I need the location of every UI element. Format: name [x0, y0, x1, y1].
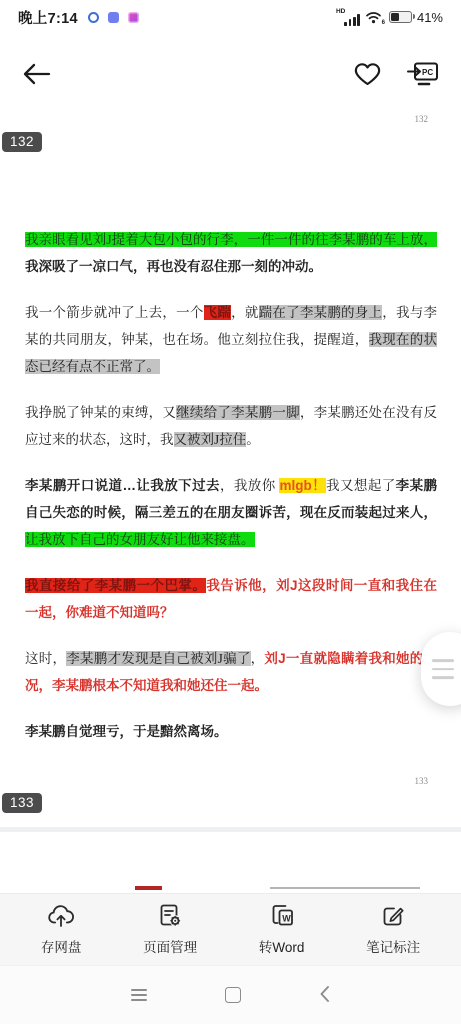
- tool-label: 转Word: [259, 936, 305, 956]
- cloud-upload-icon: [47, 903, 75, 932]
- page-settings-icon: [157, 903, 183, 932]
- text-fragment-line: [270, 887, 420, 889]
- page-manage-button[interactable]: 页面管理: [143, 903, 197, 956]
- status-bar: 晚上7:14 HD 6 41%: [0, 0, 461, 34]
- note-edit-icon: [380, 903, 406, 932]
- text-span: mlgb！: [279, 478, 326, 493]
- paragraph: 李某鹏开口说道…让我放下过去，我放你 mlgb！我又想起了李某鹏自己失恋的时候，…: [25, 472, 437, 553]
- paragraph: 这时，李某鹏才发现是自己被刘J骗了，刘J一直就隐瞒着我和她的情况，李某鹏根本不知…: [25, 645, 437, 699]
- notification-icons: [88, 12, 139, 23]
- note-annotate-button[interactable]: 笔记标注: [366, 903, 420, 956]
- text-span: 。: [246, 432, 260, 447]
- app-notification-icon: [108, 12, 119, 23]
- text-span: 我又想起了: [326, 478, 396, 493]
- home-button[interactable]: [225, 987, 241, 1003]
- paragraph: 我一个箭步就冲了上去，一个飞踹，就踹在了李某鹏的身上，我与李某的共同朋友，钟某，…: [25, 299, 437, 380]
- battery-percent: 41%: [417, 10, 443, 25]
- tool-label: 笔记标注: [366, 936, 420, 956]
- text-span: ，就: [231, 305, 258, 320]
- recents-button[interactable]: [131, 989, 147, 1002]
- page-badge-133[interactable]: 133: [2, 793, 42, 813]
- floating-tools-button[interactable]: [421, 632, 461, 706]
- text-span: 李某鹏才发现是自己被刘J骗了: [66, 651, 250, 666]
- app-nav-bar: PC: [0, 44, 461, 106]
- text-span: 继续给了李某鹏一脚: [176, 405, 300, 420]
- tool-label: 页面管理: [143, 936, 197, 956]
- heart-icon: [354, 61, 381, 89]
- bottom-toolbar: 存网盘 页面管理 W: [0, 893, 461, 965]
- clock: 晚上7:14: [18, 7, 78, 28]
- chevron-left-icon: [319, 985, 330, 1006]
- text-span: 我深吸了一凉口气，再也没有忍住那一刻的冲动。: [25, 259, 322, 274]
- system-nav-bar: [0, 965, 461, 1024]
- text-span: 又被刘J拉住: [174, 432, 247, 447]
- text-span: 这时，: [25, 651, 66, 666]
- text-span: 踹在了李某鹏的身上: [259, 305, 383, 320]
- save-to-cloud-button[interactable]: 存网盘: [41, 903, 82, 956]
- menu-lines-icon: [131, 989, 147, 1002]
- send-to-pc-icon: PC: [407, 60, 440, 90]
- paragraph: 我亲眼看见刘J提着大包小包的行李，一件一件的往李某鹏的车上放，我深吸了一凉口气，…: [25, 226, 437, 280]
- favorite-button[interactable]: [354, 61, 381, 89]
- send-to-pc-button[interactable]: PC: [407, 60, 440, 90]
- document-paragraphs: 我亲眼看见刘J提着大包小包的行李，一件一件的往李某鹏的车上放，我深吸了一凉口气，…: [25, 226, 437, 764]
- app-notification-icon-2: [128, 12, 139, 23]
- word-glyph: W: [282, 913, 291, 923]
- status-indicators: HD 6 41%: [336, 9, 443, 26]
- convert-word-icon: W: [269, 903, 295, 932]
- paragraph: 李某鹏自觉理亏，于是黯然离场。: [25, 718, 437, 745]
- text-span: 我直接给了李某鹏一个巴掌。: [25, 578, 206, 593]
- pc-icon-label: PC: [422, 68, 433, 77]
- drag-menu-lines-icon: [432, 659, 454, 679]
- home-square-icon: [225, 987, 241, 1003]
- text-span: ，: [251, 651, 265, 666]
- text-span: 李某鹏开口说道…让我放下过去: [25, 478, 220, 493]
- text-span: ，我放你: [220, 478, 280, 493]
- tool-label: 存网盘: [41, 936, 82, 956]
- page-corner-number-133: 133: [415, 776, 429, 786]
- back-button[interactable]: [21, 62, 51, 89]
- text-span: 我亲眼看见刘J提着大包小包的行李，一件一件的往李某鹏的车上放，: [25, 232, 437, 247]
- back-arrow-icon: [21, 62, 51, 89]
- text-span: 我挣脱了钟某的束缚，又: [25, 405, 176, 420]
- text-span: 让我放下自己的女朋友好让他来接盘。: [25, 532, 255, 547]
- phone-screen: 晚上7:14 HD 6 41%: [0, 0, 461, 1024]
- paragraph: 我直接给了李某鹏一个巴掌。我告诉他，刘J这段时间一直和我住在一起，你难道不知道吗…: [25, 572, 437, 626]
- wifi6-badge: 6: [382, 20, 385, 26]
- text-span: 李某鹏自觉理亏，于是黯然离场。: [25, 724, 228, 739]
- page-corner-number-132: 132: [415, 114, 429, 124]
- paragraph: 我挣脱了钟某的束缚，又继续给了李某鹏一脚，李某鹏还处在没有反应过来的状态，这时，…: [25, 399, 437, 453]
- page-badge-132[interactable]: 132: [2, 132, 42, 152]
- text-span: 我一个箭步就冲了上去，一个: [25, 305, 204, 320]
- text-span: 飞踹: [204, 305, 231, 320]
- cell-signal-icon: HD: [336, 9, 360, 26]
- system-back-button[interactable]: [319, 985, 330, 1006]
- wifi-icon: 6: [365, 10, 384, 25]
- location-dot-icon: [88, 12, 99, 23]
- convert-to-word-button[interactable]: W 转Word: [259, 903, 305, 956]
- highlight-fragment-red: [135, 886, 162, 890]
- page-gap-divider: [0, 827, 461, 832]
- battery-icon: [389, 11, 412, 24]
